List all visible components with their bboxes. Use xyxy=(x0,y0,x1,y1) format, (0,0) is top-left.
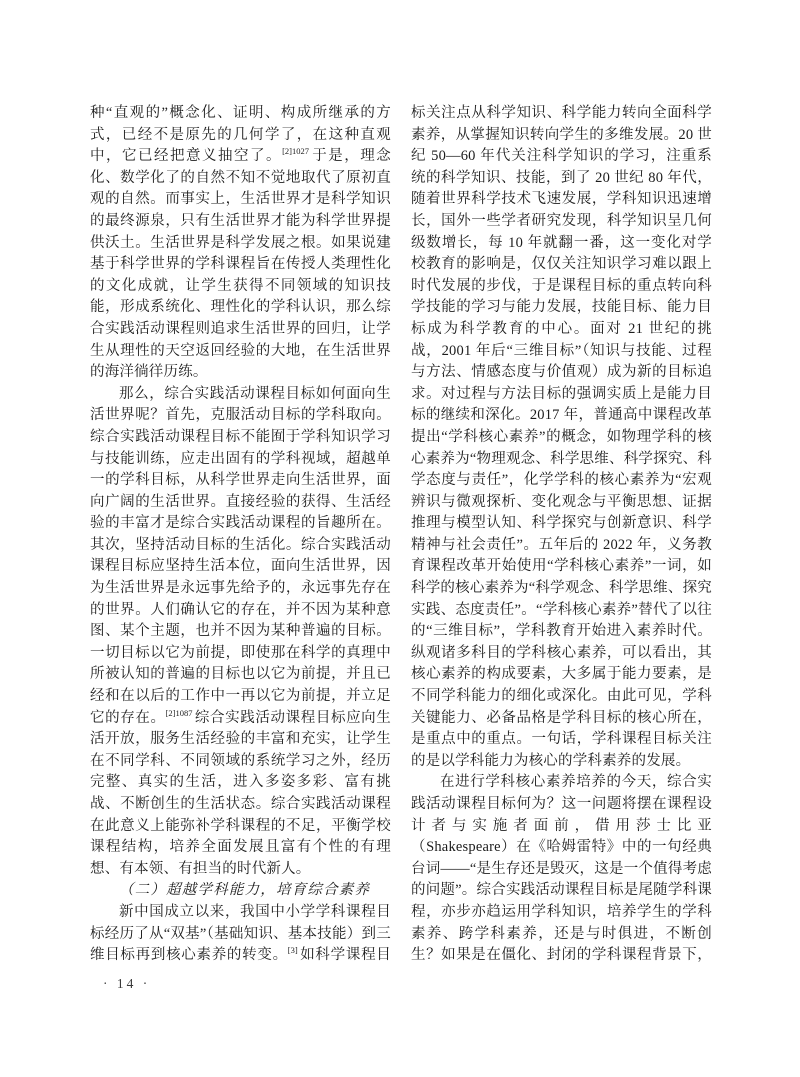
paragraph: 那么，综合实践活动课程目标如何面向生活世界呢？首先，克服活动目标的学科取向。综合… xyxy=(90,384,391,881)
paragraph-continued: 种“直观的”概念化、证明、构成所继承的方式，已经不是原先的几何学了，在这种直观中… xyxy=(90,103,391,384)
document-page: 种“直观的”概念化、证明、构成所继承的方式，已经不是原先的几何学了，在这种直观中… xyxy=(0,0,800,1077)
citation-ref: [2]1087 xyxy=(166,708,195,718)
article-body: 种“直观的”概念化、证明、构成所继承的方式，已经不是原先的几何学了，在这种直观中… xyxy=(90,103,712,981)
citation-ref: [3] xyxy=(288,945,300,955)
citation-ref: [2]1027 xyxy=(282,146,311,156)
page-number: · 14 · xyxy=(103,976,150,992)
section-heading: （二）超越学科能力，培育综合素养 xyxy=(90,880,391,902)
